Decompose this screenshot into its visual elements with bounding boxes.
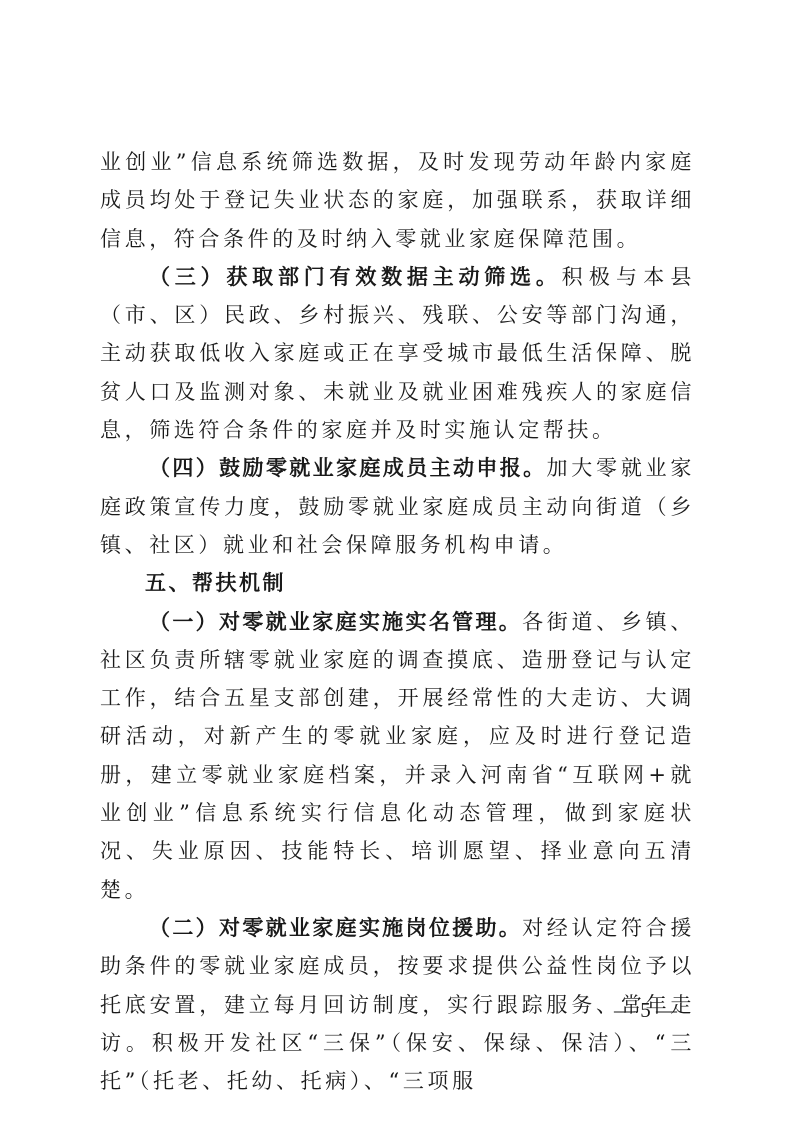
paragraph-lead-heading: （二）对零就业家庭实施岗位援助。 (149, 916, 522, 940)
paragraph-real-name-management: （一）对零就业家庭实施实名管理。各街道、乡镇、社区负责所辖零就业家庭的调查摸底、… (100, 603, 695, 909)
page-number: — 5 — (614, 998, 677, 1023)
paragraph-lead-heading: （四）鼓励零就业家庭成员主动申报。 (149, 456, 546, 480)
paragraph-continuation: 业创业”信息系统筛选数据，及时发现劳动年龄内家庭成员均处于登记失业状态的家庭，加… (100, 143, 695, 258)
paragraph-obtain-department-data: （三）获取部门有效数据主动筛选。积极与本县（市、区）民政、乡村振兴、残联、公安等… (100, 258, 695, 449)
paragraph-text: 各街道、乡镇、社区负责所辖零就业家庭的调查摸底、造册登记与认定工作，结合五星支部… (100, 610, 695, 902)
paragraph-text: 业创业”信息系统筛选数据，及时发现劳动年龄内家庭成员均处于登记失业状态的家庭，加… (100, 150, 695, 251)
paragraph-text: 对经认定符合援助条件的零就业家庭成员，按要求提供公益性岗位予以托底安置，建立每月… (100, 916, 695, 1093)
paragraph-lead-heading: （三）获取部门有效数据主动筛选。 (149, 265, 562, 289)
paragraph-text: 积极与本县（市、区）民政、乡村振兴、残联、公安等部门沟通，主动获取低收入家庭或正… (100, 265, 695, 442)
paragraph-lead-heading: （一）对零就业家庭实施实名管理。 (149, 610, 522, 634)
document-page: 业创业”信息系统筛选数据，及时发现劳动年龄内家庭成员均处于登记失业状态的家庭，加… (100, 143, 695, 1100)
paragraph-job-assistance: （二）对零就业家庭实施岗位援助。对经认定符合援助条件的零就业家庭成员，按要求提供… (100, 909, 695, 1100)
section-heading-assistance-mechanism: 五、帮扶机制 (100, 564, 695, 602)
paragraph-encourage-self-report: （四）鼓励零就业家庭成员主动申报。加大零就业家庭政策宣传力度，鼓励零就业家庭成员… (100, 449, 695, 564)
